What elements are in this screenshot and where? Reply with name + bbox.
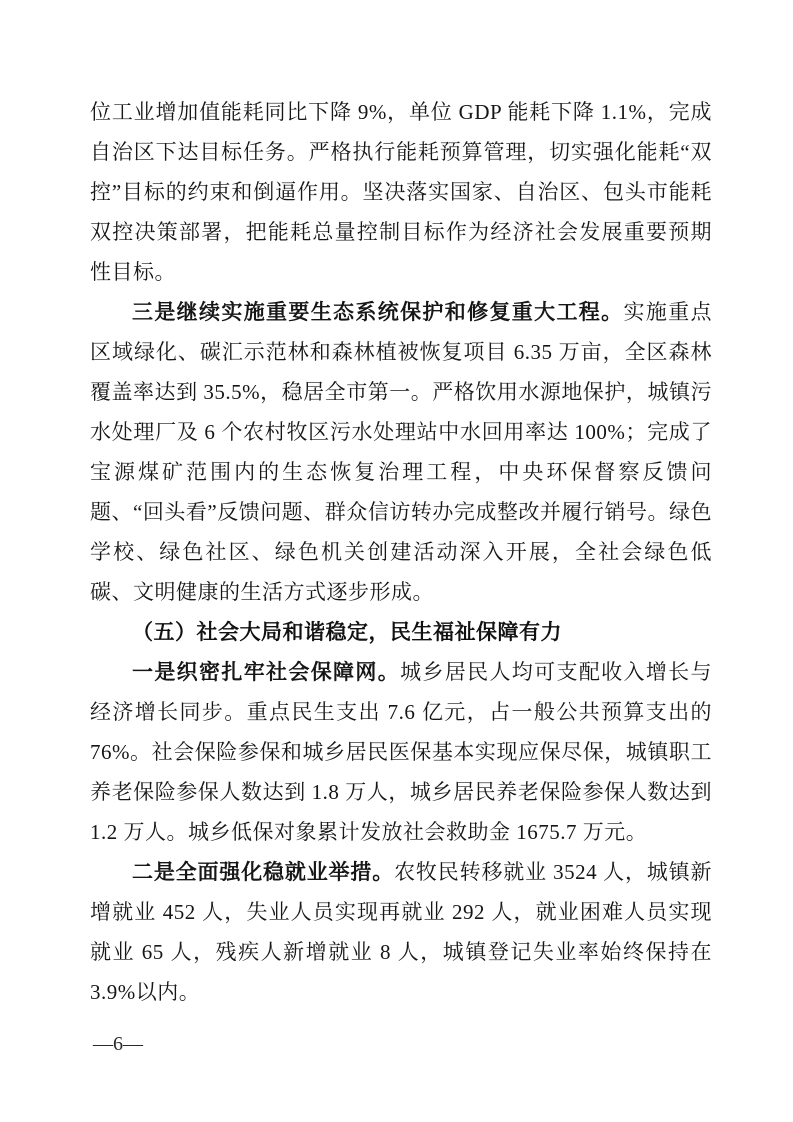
paragraph-text: 位工业增加值能耗同比下降 9%，单位 GDP 能耗下降 1.1%，完成自治区下达… — [90, 100, 712, 284]
page-number: —6— — [93, 1030, 143, 1058]
paragraph-energy-control: 位工业增加值能耗同比下降 9%，单位 GDP 能耗下降 1.1%，完成自治区下达… — [90, 92, 712, 292]
paragraph-lead-bold: 三是继续实施重要生态系统保护和修复重大工程。 — [132, 300, 623, 324]
document-page: 位工业增加值能耗同比下降 9%，单位 GDP 能耗下降 1.1%，完成自治区下达… — [0, 0, 793, 1122]
paragraph-lead-bold: 二是全面强化稳就业举措。 — [132, 860, 394, 884]
paragraph-social-security: 一是织密扎牢社会保障网。城乡居民人均可支配收入增长与经济增长同步。重点民生支出 … — [90, 652, 712, 852]
paragraph-text: 实施重点区域绿化、碳汇示范林和森林植被恢复项目 6.35 万亩，全区森林覆盖率达… — [90, 300, 712, 604]
paragraph-text: 城乡居民人均可支配收入增长与经济增长同步。重点民生支出 7.6 亿元，占一般公共… — [90, 660, 712, 844]
paragraph-lead-bold: 一是织密扎牢社会保障网。 — [132, 660, 400, 684]
section-heading-five: （五）社会大局和谐稳定，民生福祉保障有力 — [90, 612, 712, 652]
paragraph-employment: 二是全面强化稳就业举措。农牧民转移就业 3524 人，城镇新增就业 452 人，… — [90, 852, 712, 1012]
paragraph-ecosystem-protection: 三是继续实施重要生态系统保护和修复重大工程。实施重点区域绿化、碳汇示范林和森林植… — [90, 292, 712, 612]
document-body: 位工业增加值能耗同比下降 9%，单位 GDP 能耗下降 1.1%，完成自治区下达… — [90, 92, 712, 1012]
